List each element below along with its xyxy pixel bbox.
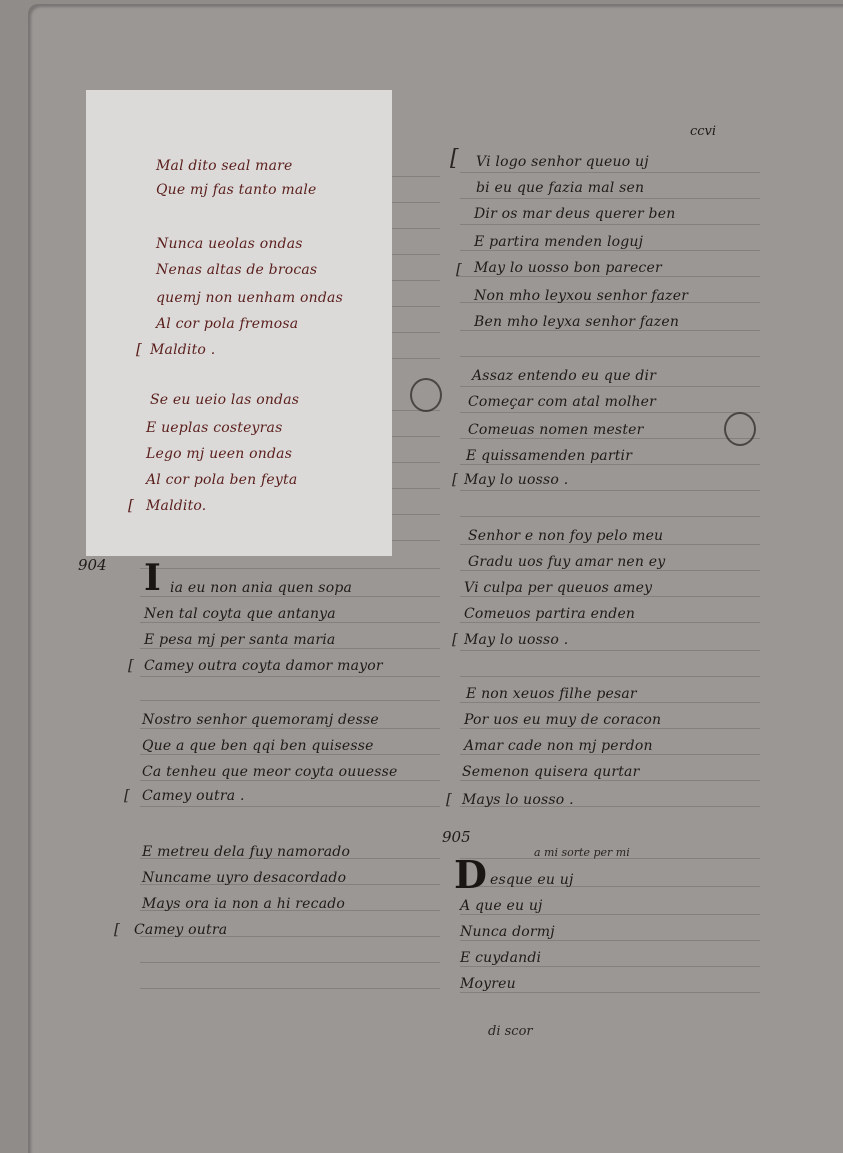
paragraph-mark: [ bbox=[128, 496, 134, 514]
verse-line: Gradu uos fuy amar nen ey bbox=[468, 554, 665, 570]
paragraph-mark: [ bbox=[114, 920, 120, 938]
verse-line: Ben mho leyxa senhor fazen bbox=[474, 314, 679, 330]
decorative-circle bbox=[410, 378, 442, 412]
verse-line: Nenas altas de brocas bbox=[156, 262, 317, 278]
verse-line: Que a que ben qqi ben quisesse bbox=[142, 738, 374, 754]
verse-line: Mal dito seal mare bbox=[156, 158, 293, 174]
verse-line: Nunca dormj bbox=[460, 924, 555, 940]
verse-line: Al cor pola ben feyta bbox=[146, 472, 297, 488]
verse-line: Camey outra . bbox=[142, 788, 245, 804]
verse-line: E partira menden loguj bbox=[474, 234, 643, 250]
paragraph-mark: [ bbox=[450, 146, 459, 171]
verse-line: E non xeuos filhe pesar bbox=[466, 686, 637, 702]
poem-number: 904 bbox=[78, 556, 107, 574]
verse-line: Nunca ueolas ondas bbox=[156, 236, 303, 252]
paragraph-mark: [ bbox=[456, 260, 462, 278]
paragraph-mark: [ bbox=[124, 786, 130, 804]
verse-line: May lo uosso . bbox=[464, 472, 568, 488]
verse-line: Vi logo senhor queuo uj bbox=[476, 154, 649, 170]
verse-line: Ca tenheu que meor coyta ouuesse bbox=[142, 764, 397, 780]
verse-line: E metreu dela fuy namorado bbox=[142, 844, 350, 860]
verse-line: E quissamenden partir bbox=[466, 448, 632, 464]
verse-line: Semenon quisera qurtar bbox=[462, 764, 640, 780]
verse-line: Camey outra bbox=[134, 922, 227, 938]
verse-line: Assaz entendo eu que dir bbox=[472, 368, 656, 384]
decorative-circle bbox=[724, 412, 756, 446]
verse-line: Vi culpa per queuos amey bbox=[464, 580, 652, 596]
verse-line: Moyreu bbox=[460, 976, 516, 992]
paragraph-mark: [ bbox=[446, 790, 452, 808]
verse-line: Nostro senhor quemoramj desse bbox=[142, 712, 379, 728]
verse-line: Maldito. bbox=[146, 498, 206, 514]
paragraph-mark: [ bbox=[136, 340, 142, 358]
verse-line: Se eu ueio las ondas bbox=[150, 392, 299, 408]
verse-line: Lego mj ueen ondas bbox=[146, 446, 292, 462]
verse-line: Nuncame uyro desacordado bbox=[142, 870, 346, 886]
verse-line: Comeuos partira enden bbox=[464, 606, 635, 622]
folio-number: ccvi bbox=[690, 124, 716, 139]
verse-line: E ueplas costeyras bbox=[146, 420, 283, 436]
verse-line: Al cor pola fremosa bbox=[156, 316, 298, 332]
verse-line: Amar cade non mj perdon bbox=[464, 738, 653, 754]
verse-line: Começar com atal molher bbox=[468, 394, 656, 410]
paragraph-mark: [ bbox=[452, 630, 458, 648]
verse-line: May lo uosso . bbox=[464, 632, 568, 648]
catchword: di scor bbox=[488, 1024, 533, 1039]
verse-line: ia eu non ania quen sopa bbox=[170, 580, 352, 596]
verse-line: Senhor e non foy pelo meu bbox=[468, 528, 663, 544]
verse-line: Mays ora ia non a hi recado bbox=[142, 896, 345, 912]
verse-line: quemj non uenham ondas bbox=[156, 290, 343, 306]
verse-line: esque eu uj bbox=[490, 872, 574, 888]
decorated-initial: I bbox=[144, 560, 161, 596]
verse-line: Nen tal coyta que antanya bbox=[144, 606, 336, 622]
verse-line: Que mj fas tanto male bbox=[156, 182, 317, 198]
rubric-note: a mi sorte per mi bbox=[534, 846, 630, 859]
verse-line: E pesa mj per santa maria bbox=[144, 632, 335, 648]
verse-line: Mays lo uosso . bbox=[462, 792, 574, 808]
verse-line: Camey outra coyta damor mayor bbox=[144, 658, 383, 674]
verse-line: Dir os mar deus querer ben bbox=[474, 206, 675, 222]
verse-line: Comeuas nomen mester bbox=[468, 422, 644, 438]
poem-number: 905 bbox=[442, 828, 471, 846]
paragraph-mark: [ bbox=[128, 656, 134, 674]
verse-line: Maldito . bbox=[150, 342, 215, 358]
decorated-initial: D bbox=[454, 856, 487, 894]
verse-line: A que eu uj bbox=[460, 898, 543, 914]
verse-line: E cuydandi bbox=[460, 950, 541, 966]
verse-line: May lo uosso bon parecer bbox=[474, 260, 662, 276]
paragraph-mark: [ bbox=[452, 470, 458, 488]
verse-line: Por uos eu muy de coracon bbox=[464, 712, 661, 728]
verse-line: bi eu que fazia mal sen bbox=[476, 180, 644, 196]
verse-line: Non mho leyxou senhor fazer bbox=[474, 288, 688, 304]
